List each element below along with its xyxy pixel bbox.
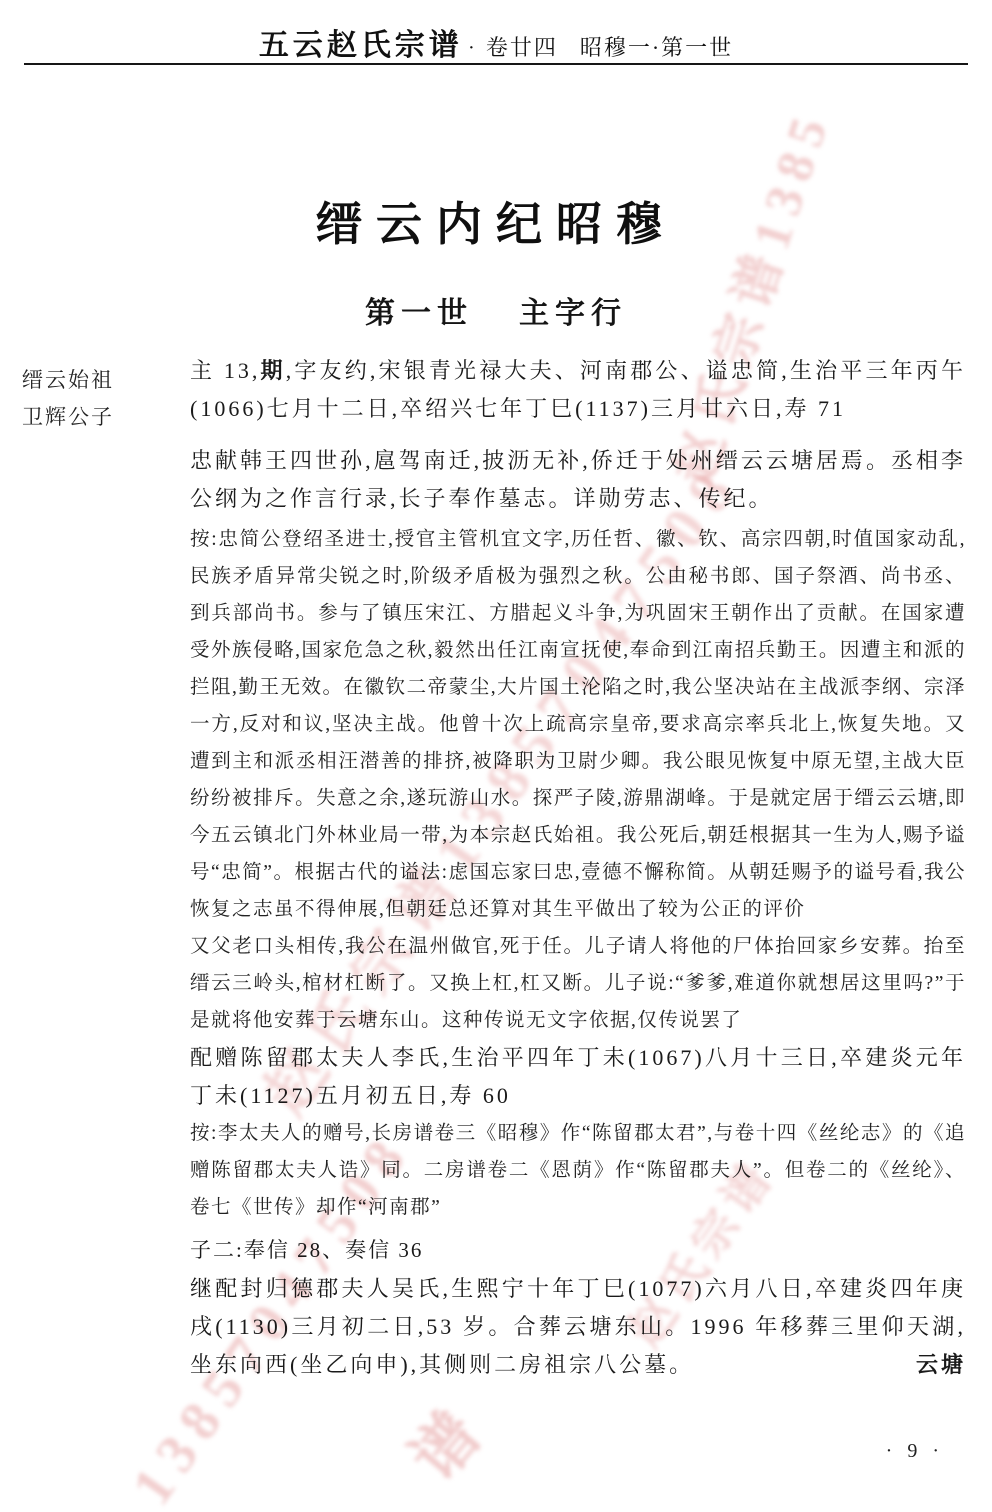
page-number: · 9 · xyxy=(886,1440,944,1463)
entry-paragraph-second-wife: 继配封归德郡夫人吴氏,生熙宁十年丁巳(1077)六月八日,卒建炎四年庚戌(113… xyxy=(190,1270,966,1384)
book-title: 五云赵氏宗谱 xyxy=(259,29,463,62)
page-header: 五云赵氏宗谱·卷廿四昭穆一·第一世 xyxy=(0,20,992,64)
volume-label: 卷廿四 xyxy=(486,35,558,60)
entry-paragraph-career: 忠献韩王四世孙,扈驾南迁,披沥无补,侨迁于处州缙云云塘居焉。丞相李公纲为之作言行… xyxy=(190,442,966,518)
second-wife-text: 继配封归德郡夫人吴氏,生熙宁十年丁巳(1077)六月八日,卒建炎四年庚戌(113… xyxy=(190,1276,966,1377)
generation-style-label: 主字行 xyxy=(519,297,627,330)
header-rule xyxy=(24,63,968,65)
entry-main-text: ,字友约,宋银青光禄大夫、河南郡公、谥忠简,生治平三年丙午(1066)七月十二日… xyxy=(190,358,966,421)
margin-label-ancestor: 缙云始祖 xyxy=(22,362,172,399)
entry-body: 主 13,期,字友约,宋银青光禄大夫、河南郡公、谥忠简,生治平三年丙午(1066… xyxy=(190,352,966,1384)
generation-label: 第一世 xyxy=(365,297,473,330)
entry-paragraph-main: 主 13,期,字友约,宋银青光禄大夫、河南郡公、谥忠简,生治平三年丙午(1066… xyxy=(190,352,966,428)
margin-label-lineage: 卫辉公子 xyxy=(22,399,172,436)
ancestor-name: 期 xyxy=(260,358,285,383)
document-subtitle: 第一世主字行 xyxy=(0,288,992,332)
entry-paragraph-sons: 子二:奉信 28、奏信 36 xyxy=(190,1232,966,1268)
place-tag: 云塘 xyxy=(916,1346,966,1384)
entry-note-wife-title: 按:李太夫人的赠号,长房谱卷三《昭穆》作“陈留郡太君”,与卷十四《丝纶志》的《追… xyxy=(190,1115,966,1226)
section-label: 昭穆一·第一世 xyxy=(580,35,733,60)
entry-note-biography: 按:忠简公登绍圣进士,授官主管机宜文字,历任哲、徽、钦、高宗四朝,时值国家动乱,… xyxy=(190,521,966,928)
genealogy-page: 五云赵氏宗谱·卷廿四昭穆一·第一世 缙云内纪昭穆 第一世主字行 缙云始祖 卫辉公… xyxy=(0,0,992,1512)
entry-note-legend: 又父老口头相传,我公在温州做官,死于任。儿子请人将他的尸体抬回家乡安葬。抬至缙云… xyxy=(190,928,966,1039)
header-separator-dot: · xyxy=(469,40,474,56)
document-title: 缙云内纪昭穆 xyxy=(0,188,992,254)
entry-prefix: 主 13, xyxy=(190,358,260,383)
watermark-fragment: 谱 xyxy=(386,1384,501,1497)
entry-paragraph-first-wife: 配赠陈留郡太夫人李氏,生治平四年丁未(1067)八月十三日,卒建炎元年丁未(11… xyxy=(190,1039,966,1115)
margin-labels: 缙云始祖 卫辉公子 xyxy=(22,362,172,436)
